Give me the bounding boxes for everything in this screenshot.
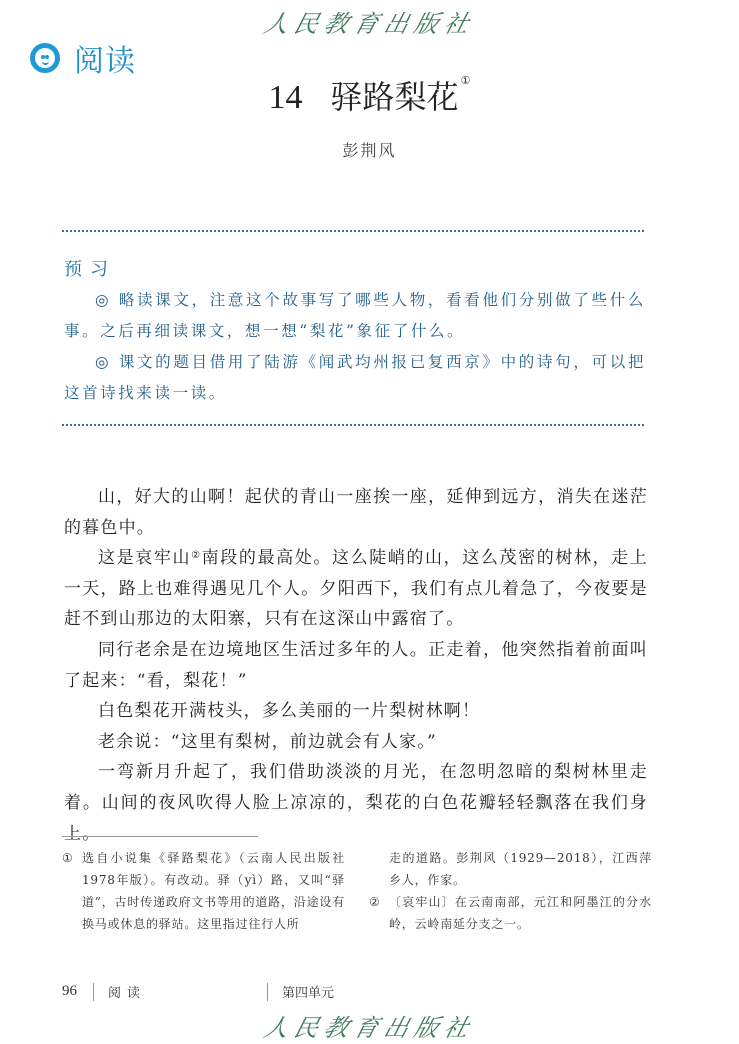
- footnote-rule: [62, 836, 258, 837]
- footer-divider: [93, 983, 94, 1001]
- story-paragraph: 白色梨花开满枝头，多么美丽的一片梨树林啊！: [64, 696, 648, 727]
- page-footer: 96 阅读: [62, 982, 146, 1001]
- preview-title: 预习: [64, 255, 116, 281]
- author: 彭荆风: [0, 138, 739, 161]
- preview-divider-bottom: [62, 424, 644, 426]
- page-number: 96: [62, 983, 77, 1000]
- preview-divider-top: [62, 230, 644, 232]
- footnote-mark: ①: [62, 847, 82, 935]
- lesson-number: 14: [269, 79, 303, 116]
- lesson-title: 14驿路梨花①: [0, 72, 739, 118]
- paragraph-text: 这是哀牢山: [98, 548, 191, 568]
- publisher-name: 人民教育出版社: [260, 4, 479, 39]
- footnote-ref-1[interactable]: ①: [461, 74, 471, 87]
- story-paragraph: 山，好大的山啊！起伏的青山一座挨一座，延伸到远方，消失在迷茫的暮色中。: [64, 482, 648, 543]
- preview-item: ◎ 课文的题目借用了陆游《闻武均州报已复西京》中的诗句，可以把这首诗找来读一读。: [64, 347, 646, 409]
- story-paragraph: 这是哀牢山②南段的最高处。这么陡峭的山，这么茂密的树林，走上一天，路上也难得遇见…: [64, 543, 648, 635]
- footer-divider: [267, 983, 268, 1001]
- preview-box: ◎ 略读课文，注意这个故事写了哪些人物，看看他们分别做了些什么事。之后再细读课文…: [64, 285, 646, 409]
- story-paragraph: 老余说：“这里有梨树，前边就会有人家。”: [64, 727, 648, 758]
- footnote-text: 〔哀牢山〕在云南南部，元江和阿墨江的分水岭，云岭南延分支之一。: [389, 891, 652, 935]
- unit-label: 第四单元: [282, 982, 334, 1001]
- footnote-1: ① 选自小说集《驿路梨花》（云南人民出版社1978年版）。有改动。驿（yì）路，…: [62, 847, 345, 935]
- publisher-logo-top: 人民教育出版社: [0, 4, 739, 39]
- footnote-text: 选自小说集《驿路梨花》（云南人民出版社1978年版）。有改动。驿（yì）路，又叫…: [82, 847, 345, 935]
- footnote-1-continued: 走的道路。彭荆风（1929—2018），江西萍乡人，作家。: [369, 847, 652, 891]
- publisher-name: 人民教育出版社: [260, 1008, 479, 1043]
- footnote-ref-2[interactable]: ②: [191, 550, 202, 561]
- footnotes: ① 选自小说集《驿路梨花》（云南人民出版社1978年版）。有改动。驿（yì）路，…: [62, 847, 652, 935]
- lesson-title-text: 驿路梨花: [331, 78, 459, 116]
- footer-unit: 第四单元: [267, 982, 334, 1001]
- footnote-2: ② 〔哀牢山〕在云南南部，元江和阿墨江的分水岭，云岭南延分支之一。: [369, 891, 652, 935]
- smiley-face-icon: [30, 43, 60, 73]
- footnote-mark: ②: [369, 891, 389, 935]
- publisher-logo-bottom: 人民教育出版社: [0, 1008, 739, 1043]
- footnote-column-left: ① 选自小说集《驿路梨花》（云南人民出版社1978年版）。有改动。驿（yì）路，…: [62, 847, 345, 935]
- footnote-column-right: 走的道路。彭荆风（1929—2018），江西萍乡人，作家。 ② 〔哀牢山〕在云南…: [369, 847, 652, 935]
- story-body: 山，好大的山啊！起伏的青山一座挨一座，延伸到远方，消失在迷茫的暮色中。 这是哀牢…: [64, 482, 648, 849]
- preview-item: ◎ 略读课文，注意这个故事写了哪些人物，看看他们分别做了些什么事。之后再细读课文…: [64, 285, 646, 347]
- footer-section: 阅读: [108, 982, 146, 1001]
- story-paragraph: 同行老余是在边境地区生活过多年的人。正走着，他突然指着前面叫了起来：“看，梨花！…: [64, 635, 648, 696]
